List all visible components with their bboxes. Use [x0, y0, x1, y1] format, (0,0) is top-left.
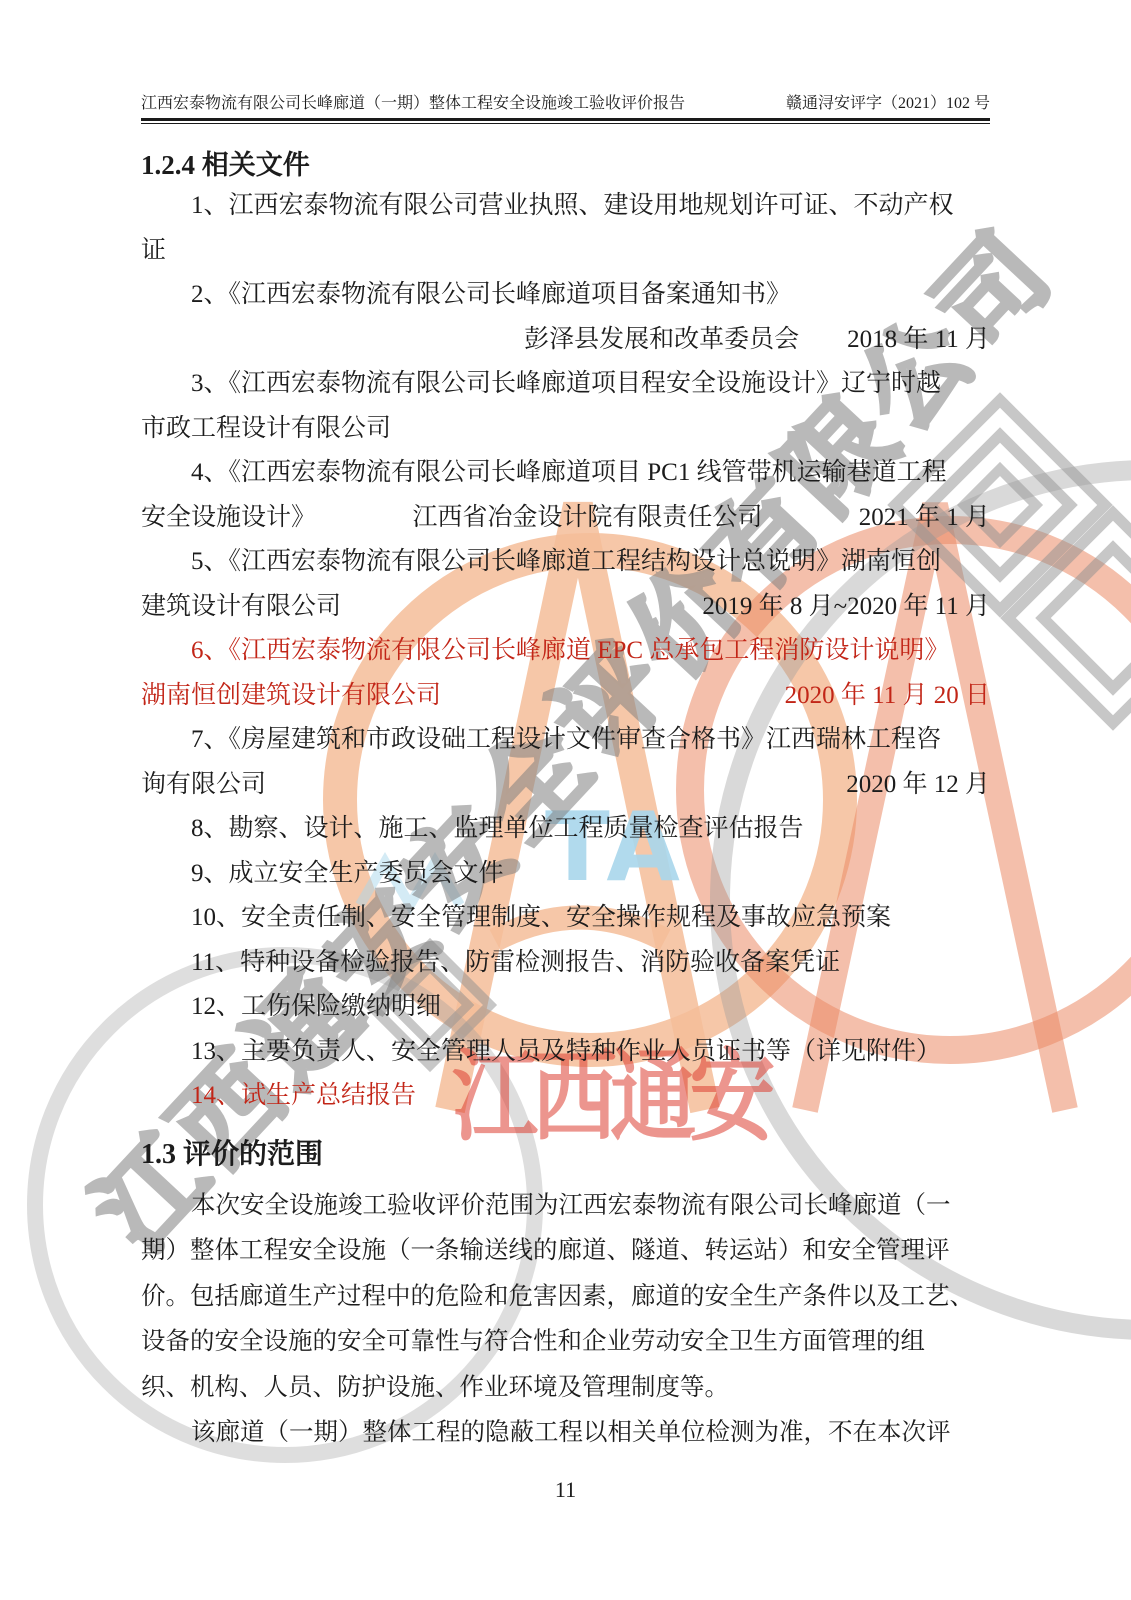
doc-line-part: 彭泽县发展和改革委员会 [524, 318, 799, 363]
doc-line-part: 建筑设计有限公司 [141, 585, 341, 630]
doc-line: 该廊道（一期）整体工程的隐蔽工程以相关单位检测为准，不在本次评 [141, 1410, 990, 1456]
document-page: TA 江西通安安全评价有限公司 江西通安 江西宏泰物流有限公司长峰廊道（一期）整… [0, 0, 1131, 1600]
doc-line: 12、工伤保险缴纳明细 [141, 985, 990, 1030]
doc-line-part: 询有限公司 [141, 763, 266, 808]
doc-line: 11、特种设备检验报告、防雷检测报告、消防验收备案凭证 [141, 941, 990, 986]
doc-line: 9、成立安全生产委员会文件 [141, 852, 990, 897]
doc-line: 4、《江西宏泰物流有限公司长峰廊道项目 PC1 线管带机运输巷道工程 [141, 451, 990, 496]
doc-line: 5、《江西宏泰物流有限公司长峰廊道工程结构设计总说明》湖南恒创 [141, 540, 990, 585]
doc-line-part: 安全设施设计》 [141, 496, 316, 541]
doc-line: 14、试生产总结报告 [141, 1074, 990, 1119]
doc-line: 7、《房屋建筑和市政设础工程设计文件审查合格书》江西瑞林工程咨 [141, 718, 990, 763]
doc-line: 彭泽县发展和改革委员会2018 年 11 月 [141, 318, 990, 363]
doc-line-part: 2021 年 1 月 [859, 496, 990, 541]
doc-line: 本次安全设施竣工验收评价范围为江西宏泰物流有限公司长峰廊道（一 [141, 1183, 990, 1229]
doc-line: 8、勘察、设计、施工、监理单位工程质量检查评估报告 [141, 807, 990, 852]
doc-line: 2、《江西宏泰物流有限公司长峰廊道项目备案通知书》 [141, 273, 990, 318]
doc-line-part: 江西省冶金设计院有限责任公司 [412, 496, 762, 541]
header-rule-thick [141, 118, 990, 121]
related-documents-list: 1、江西宏泰物流有限公司营业执照、建设用地规划许可证、不动产权证2、《江西宏泰物… [141, 184, 990, 1119]
doc-line-part: 2020 年 12 月 [846, 763, 990, 808]
evaluation-scope-paragraph: 本次安全设施竣工验收评价范围为江西宏泰物流有限公司长峰廊道（一期）整体工程安全设… [141, 1183, 990, 1456]
doc-line: 期）整体工程安全设施（一条输送线的廊道、隧道、转运站）和安全管理评 [141, 1228, 990, 1274]
document-content: 江西宏泰物流有限公司长峰廊道（一期）整体工程安全设施竣工验收评价报告 赣通浔安评… [141, 88, 990, 1456]
doc-line: 证 [141, 229, 990, 274]
doc-line-part: 2020 年 11 月 20 日 [785, 674, 990, 719]
page-header: 江西宏泰物流有限公司长峰廊道（一期）整体工程安全设施竣工验收评价报告 赣通浔安评… [141, 88, 990, 118]
doc-line: 13、主要负责人、安全管理人员及特种作业人员证书等（详见附件） [141, 1030, 990, 1075]
doc-line-part: 湖南恒创建筑设计有限公司 [141, 674, 441, 719]
doc-line: 湖南恒创建筑设计有限公司2020 年 11 月 20 日 [141, 674, 990, 719]
doc-line: 设备的安全设施的安全可靠性与符合性和企业劳动安全卫生方面管理的组 [141, 1319, 990, 1365]
doc-line: 价。包括廊道生产过程中的危险和危害因素，廊道的安全生产条件以及工艺、 [141, 1274, 990, 1320]
doc-line: 3、《江西宏泰物流有限公司长峰廊道项目程安全设施设计》辽宁时越 [141, 362, 990, 407]
doc-line: 10、安全责任制、安全管理制度、安全操作规程及事故应急预案 [141, 896, 990, 941]
doc-line: 织、机构、人员、防护设施、作业环境及管理制度等。 [141, 1365, 990, 1411]
doc-line: 6、《江西宏泰物流有限公司长峰廊道 EPC 总承包工程消防设计说明》 [141, 629, 990, 674]
page-number: 11 [0, 1477, 1131, 1503]
section-heading-related-documents: 1.2.4 相关文件 [141, 146, 990, 184]
section-heading-evaluation-scope: 1.3 评价的范围 [141, 1135, 990, 1175]
doc-line: 建筑设计有限公司2019 年 8 月~2020 年 11 月 [141, 585, 990, 630]
page-header-left: 江西宏泰物流有限公司长峰廊道（一期）整体工程安全设施竣工验收评价报告 [141, 90, 685, 113]
doc-line: 市政工程设计有限公司 [141, 407, 990, 452]
doc-line: 1、江西宏泰物流有限公司营业执照、建设用地规划许可证、不动产权 [141, 184, 990, 229]
doc-line-part: 2018 年 11 月 [847, 318, 990, 363]
doc-line: 安全设施设计》江西省冶金设计院有限责任公司2021 年 1 月 [141, 496, 990, 541]
page-header-right: 赣通浔安评字（2021）102 号 [786, 90, 990, 113]
header-rule-thin [141, 123, 990, 124]
doc-line: 询有限公司2020 年 12 月 [141, 763, 990, 808]
doc-line-part: 2019 年 8 月~2020 年 11 月 [702, 585, 990, 630]
